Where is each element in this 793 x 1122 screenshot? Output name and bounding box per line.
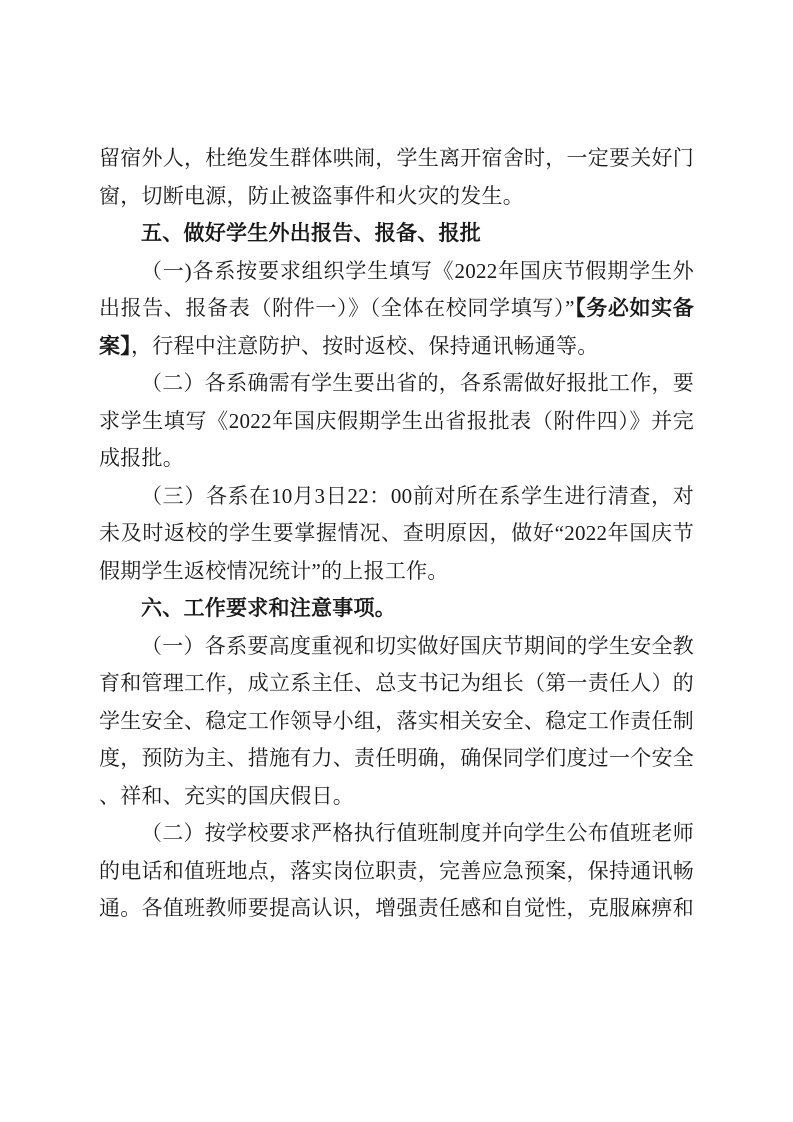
paragraph: （三）各系在10月3日22：00前对所在系学生进行清查，对未及时返校的学生要掌握… xyxy=(99,478,694,591)
text-segment: 留宿外人，杜绝发生群体哄闹，学生离开宿舍时，一定要关好门窗，切断电源，防止被盗事… xyxy=(99,146,694,208)
paragraph: 留宿外人，杜绝发生群体哄闹，学生离开宿舍时，一定要关好门窗，切断电源，防止被盗事… xyxy=(99,140,694,215)
text-segment: ，行程中注意防护、按时返校、保持通讯畅通等。 xyxy=(131,334,599,358)
paragraph: （一）各系要高度重视和切实做好国庆节期间的学生安全教育和管理工作，成立系主任、总… xyxy=(99,628,694,816)
text-segment: （二）各系确需有学生要出省的，各系需做好报批工作，要求学生填写《2022年国庆假… xyxy=(99,371,694,470)
text-segment: （二）按学校要求严格执行值班制度并向学生公布值班老师的电话和值班地点，落实岗位职… xyxy=(99,821,694,920)
text-segment: 五、做好学生外出报告、报备、报批 xyxy=(141,221,481,245)
section-heading: 六、工作要求和注意事项。 xyxy=(99,590,694,628)
paragraph: （二）各系确需有学生要出省的，各系需做好报批工作，要求学生填写《2022年国庆假… xyxy=(99,365,694,478)
document-body: 留宿外人，杜绝发生群体哄闹，学生离开宿舍时，一定要关好门窗，切断电源，防止被盗事… xyxy=(99,140,694,928)
section-heading: 五、做好学生外出报告、报备、报批 xyxy=(99,215,694,253)
document-page: 留宿外人，杜绝发生群体哄闹，学生离开宿舍时，一定要关好门窗，切断电源，防止被盗事… xyxy=(0,0,793,1122)
text-segment: （三）各系在10月3日22：00前对所在系学生进行清查，对未及时返校的学生要掌握… xyxy=(99,484,694,583)
text-segment: 六、工作要求和注意事项。 xyxy=(141,596,396,620)
text-segment: （一）各系要高度重视和切实做好国庆节期间的学生安全教育和管理工作，成立系主任、总… xyxy=(99,634,694,808)
paragraph: （二）按学校要求严格执行值班制度并向学生公布值班老师的电话和值班地点，落实岗位职… xyxy=(99,815,694,928)
paragraph: （一)各系按要求组织学生填写《2022年国庆节假期学生外出报告、报备表（附件一）… xyxy=(99,253,694,366)
